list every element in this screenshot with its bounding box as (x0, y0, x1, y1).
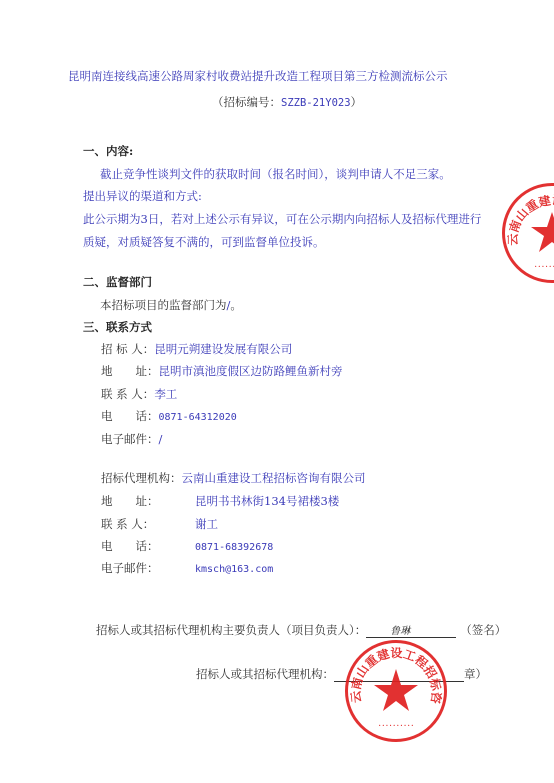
tenderer-name-row: 招 标 人：昆明元朔建设发展有限公司 (101, 341, 292, 357)
bid-number: SZZB-21Y023 (281, 97, 351, 109)
tenderer-email-label: 电子邮件： (101, 431, 159, 447)
agency-name-row: 招标代理机构：云南山重建设工程招标咨询有限公司 (101, 470, 366, 486)
tenderer-email-row: 电子邮件：/ (101, 431, 162, 447)
objection-heading: 提出异议的渠道和方式: (83, 188, 202, 204)
section3-heading: 三、联系方式 (83, 319, 152, 335)
tenderer-contact: 李工 (154, 387, 177, 401)
agency-address-label: 地 址： (101, 493, 195, 509)
section1-heading: 一、内容: (83, 143, 133, 159)
subtitle-suffix: ） (351, 95, 363, 109)
subtitle-prefix: （招标编号： (212, 95, 281, 109)
agency-phone-label: 电 话： (101, 538, 195, 554)
objection-line-1: 此公示期为3日，若对上述公示有异议，可在公示期内向招标人及招标代理进行 (83, 211, 481, 227)
supervision-prefix: 本招标项目的监督部门为 (100, 298, 227, 312)
agency-name: 云南山重建设工程招标咨询有限公司 (182, 471, 366, 485)
objection-line-2: 质疑，对质疑答复不满的，可到监督单位投诉。 (83, 234, 325, 250)
svg-text:• • • • • • • • • •: • • • • • • • • • • (378, 723, 413, 728)
responsible-signature-row: 招标人或其招标代理机构主要负责人（项目负责人）：鲁琳（签名） (96, 622, 506, 638)
agency-address-row: 地 址：昆明书书林街134号裙楼3楼 (101, 493, 339, 509)
signature-suffix: （签名） (460, 623, 506, 637)
responsible-label: 招标人或其招标代理机构主要负责人（项目负责人）： (96, 623, 366, 637)
tenderer-contact-row: 联 系 人：李工 (101, 386, 177, 402)
tenderer-address-label: 地 址： (101, 363, 159, 379)
tenderer-phone: 0871-64312020 (159, 412, 237, 423)
org-seal-label: 招标人或其招标代理机构： (196, 667, 334, 681)
agency-address: 昆明书书林街134号裙楼3楼 (195, 494, 339, 508)
signature-line: 鲁琳 (366, 624, 456, 638)
company-seal-stamp: 云南山重建设工程招标咨询有限公司 • • • • • • • • • • (345, 640, 447, 742)
agency-email: kmsch@163.com (195, 564, 273, 575)
section2-heading: 二、监督部门 (83, 274, 152, 290)
star-icon: 云南山重建设工程招标咨询有限公司 • • • • • • • • • • (348, 643, 444, 739)
tenderer-phone-row: 电 话：0871-64312020 (101, 408, 237, 424)
document-title: 昆明南连接线高速公路周家村收费站提升改造工程项目第三方检测流标公示 (68, 68, 448, 84)
agency-phone-row: 电 话：0871-68392678 (101, 538, 273, 554)
section1-content: 截止竞争性谈判文件的获取时间（报名时间），谈判申请人不足三家。 (100, 166, 451, 182)
tenderer-address-row: 地 址：昆明市滇池度假区边防路鲤鱼新村旁 (101, 363, 343, 379)
tenderer-address: 昆明市滇池度假区边防路鲤鱼新村旁 (159, 364, 343, 378)
section2-content: 本招标项目的监督部门为/。 (100, 297, 242, 313)
agency-phone: 0871-68392678 (195, 542, 273, 553)
document-page: 昆明南连接线高速公路周家村收费站提升改造工程项目第三方检测流标公示 （招标编号：… (0, 0, 554, 783)
tenderer-name-label: 招 标 人： (101, 341, 154, 357)
tenderer-name: 昆明元朔建设发展有限公司 (154, 342, 292, 356)
star-icon: 云南山重建设工程招标咨询有限公司 • • • • • • • • • • (505, 186, 554, 280)
tenderer-phone-label: 电 话： (101, 408, 159, 424)
agency-contact-label: 联 系 人： (101, 516, 195, 532)
agency-email-row: 电子邮件：kmsch@163.com (101, 560, 273, 576)
seal-suffix: 章） (464, 667, 487, 681)
tenderer-contact-label: 联 系 人： (101, 386, 154, 402)
handwritten-signature: 鲁琳 (390, 622, 410, 637)
agency-email-label: 电子邮件： (101, 560, 195, 576)
agency-name-label: 招标代理机构： (101, 470, 182, 486)
supervision-suffix: 。 (230, 298, 242, 312)
document-subtitle: （招标编号：SZZB-21Y023） (212, 94, 362, 110)
company-seal-stamp-partial: 云南山重建设工程招标咨询有限公司 • • • • • • • • • • (502, 183, 554, 283)
tenderer-email: / (159, 432, 163, 446)
svg-text:• • • • • • • • • •: • • • • • • • • • • (534, 264, 554, 269)
agency-contact-row: 联 系 人：谢工 (101, 516, 218, 532)
agency-contact: 谢工 (195, 517, 218, 531)
